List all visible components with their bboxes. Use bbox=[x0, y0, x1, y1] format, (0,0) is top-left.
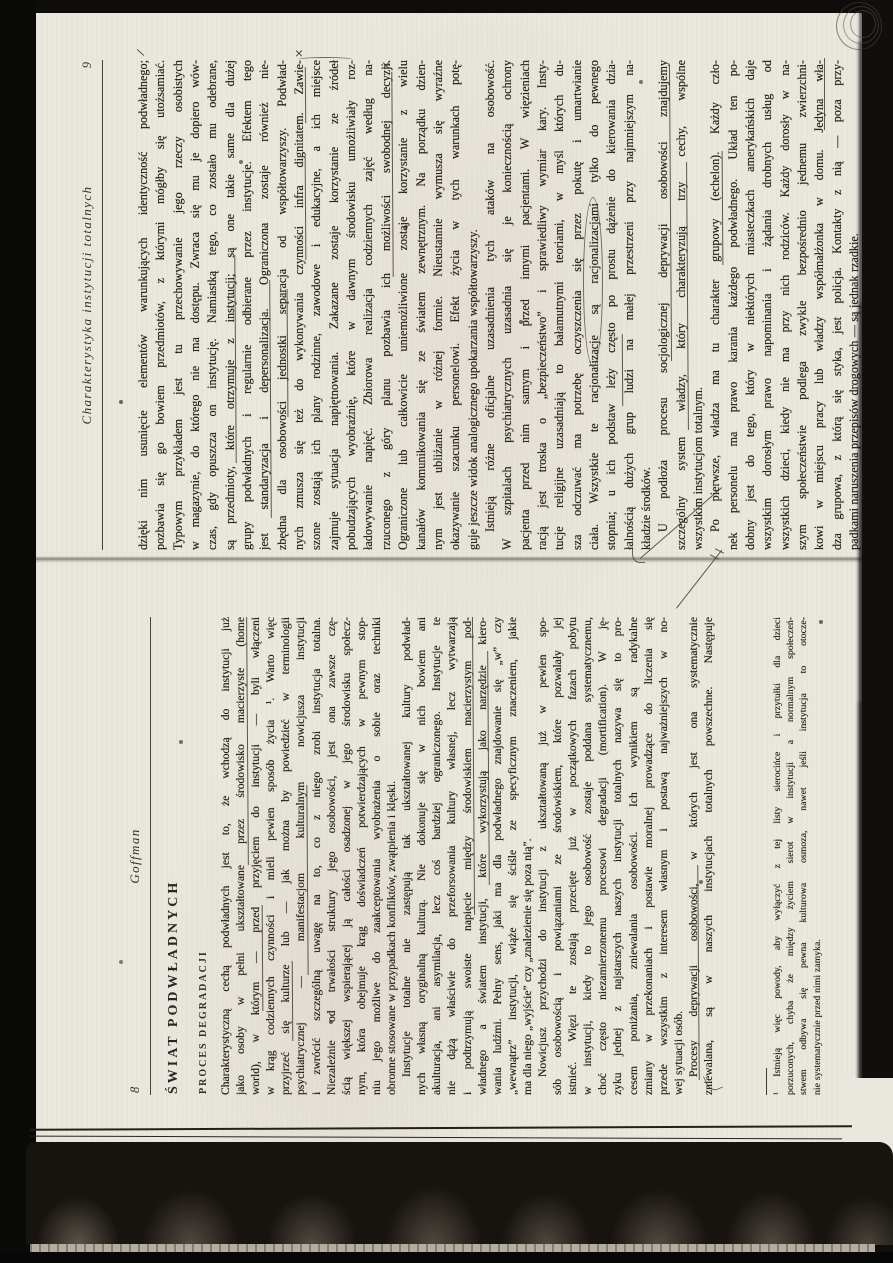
body-line: W szpitalach psychiatrycznych uzasadnia … bbox=[499, 60, 516, 550]
body-line: władnego a światem instytucji, które wyk… bbox=[475, 617, 490, 1095]
body-line: stwem odbywa się pewna kulturowa osmoza,… bbox=[797, 617, 810, 1095]
body-line: zmiany w przekonaniach i postawie moraln… bbox=[641, 617, 656, 1095]
pen-x-mark: ✕ bbox=[293, 49, 306, 58]
body-line: w magazynie, do którego nie ma dostępu. … bbox=[187, 60, 204, 550]
body-line: kładzie środków. bbox=[638, 60, 655, 550]
body-line: sób osobowością i powiązaniami ze środow… bbox=[550, 617, 565, 1095]
body-line: są przedmioty, które otrzymuje z instytu… bbox=[222, 60, 239, 550]
page-gutter-line bbox=[0, 556, 893, 563]
body-line: szym społeczeństwie podlega zwykle bezpo… bbox=[794, 60, 811, 550]
body-line: sza odczuwać ma potrzebę oczyszczenia si… bbox=[569, 60, 586, 550]
body-line: nych zmusza się też do wykonywania czynn… bbox=[291, 60, 308, 550]
body-line: stopnia; u ich podstaw leży często po pr… bbox=[603, 60, 620, 550]
body-line: nym jest ubliżanie w różnej formie. Nieu… bbox=[430, 60, 447, 550]
body-line: grupy podwładnych i regularnie odbierane… bbox=[239, 60, 256, 550]
body-line: Procesy deprywacji osobowości, w których… bbox=[686, 617, 701, 1095]
scan-edge-top bbox=[0, 0, 893, 13]
body-line: wszystkim dorosłym prawo napominania i ż… bbox=[759, 60, 776, 550]
subsection-heading: PROCES DEGRADACJI bbox=[198, 950, 209, 1094]
page-number-left: 8 bbox=[128, 1087, 143, 1093]
page-number-right: 9 bbox=[80, 62, 95, 68]
body-line: i zwrócić szczególną uwagę na to, co z n… bbox=[309, 617, 324, 1095]
body-line: ścią większej wspierającej ją całości os… bbox=[339, 617, 354, 1095]
body-line: ¹ Istnieją więc powody, aby wyłączyć z t… bbox=[771, 617, 784, 1095]
body-line: w krąg codziennych czynności i mieli pew… bbox=[263, 617, 278, 1095]
body-line: porzuconych, chyba że między życiem sier… bbox=[784, 617, 797, 1095]
body-line: pozbawia się go bowiem przedmiotów, z kt… bbox=[152, 60, 169, 550]
body-line: padkami naruszenia przepisów drogowych —… bbox=[846, 60, 863, 550]
body-line: Istnieją różne oficjalne uzasadnienia ty… bbox=[482, 60, 499, 550]
footnote-separator bbox=[766, 1068, 767, 1095]
body-line: psychiatrycznej — manifestacjom kultural… bbox=[293, 617, 308, 1095]
body-line: Instytucje totalne nie zastępują tak uks… bbox=[399, 617, 414, 1095]
scan-edge-bottom bbox=[0, 1252, 893, 1263]
body-line: czas, gdy opuszcza on instytucję. Namias… bbox=[204, 60, 221, 550]
running-head-title: Goffman bbox=[124, 617, 143, 1095]
body-line: zbędna dla osobowości jednostki separacj… bbox=[274, 60, 291, 550]
body-line: ma dla niego „wyjście” czy „znalezienie … bbox=[520, 617, 535, 1095]
body-line: „wewnątrz” instytucji, wiąże się ściśle … bbox=[505, 617, 520, 1095]
body-line: szone zostają ich plany rodzinne, zawodo… bbox=[308, 60, 325, 550]
body-line: kowi w miejscu pracy lub władzy współmał… bbox=[811, 60, 828, 550]
body-line: zyku jednej z najstarszych naszych insty… bbox=[610, 617, 625, 1095]
body-line: racją jest troska o „bezpieczeństwo” i s… bbox=[534, 60, 551, 550]
body-line: nym, która obejmuje krąg doświadczeń pot… bbox=[354, 617, 369, 1095]
footnote-text: ¹ Istnieją więc powody, aby wyłączyć z t… bbox=[771, 617, 824, 1095]
body-line: tucje religijne uzasadniają to bałamutny… bbox=[551, 60, 568, 550]
body-line: ciała. Wszystkie te racjonalizacje są ra… bbox=[586, 60, 603, 550]
body-line: nych własną oryginalną kulturą. Nie doko… bbox=[414, 617, 429, 1095]
body-line: pacjenta przed nim samym i przed innymi … bbox=[517, 60, 534, 550]
body-line: obronne stosowane w przypadkach konflikt… bbox=[384, 617, 399, 1095]
body-line: ładowywanie napięć. Zbiorowa realizacja … bbox=[360, 60, 377, 550]
body-line: cesem poniżania, zniewalania osobowości.… bbox=[626, 617, 641, 1095]
body-line: U podłoża procesu socjologicznej deprywa… bbox=[655, 60, 672, 550]
body-line: jako osoby w pełni ukształtowane przez ś… bbox=[233, 617, 248, 1095]
body-line: Nowicjusz przychodzi do instytucji z uks… bbox=[535, 617, 550, 1095]
body-line: okazywanie szacunku personelowi. Efekt ż… bbox=[447, 60, 464, 550]
body-line: i podtrzymują swoiste napięcie między śr… bbox=[460, 617, 475, 1095]
body-line: nie systematycznie przed nimi zamyka. bbox=[811, 617, 824, 1095]
body-line: zajmuje sytuacja napiętnowania. Zakazane… bbox=[326, 60, 343, 550]
running-head-title: Charakterystyka instytucji totalnych bbox=[76, 60, 95, 550]
body-line: dza grupowa, z którą się styka, jest pol… bbox=[829, 60, 846, 550]
body-line: Ograniczone lub całkowicie uniemożliwion… bbox=[395, 60, 412, 550]
book-pages-rotated: Charakterystyka instytucji totalnych 9 d… bbox=[0, 0, 893, 1263]
body-line: łalnością dużych grup ludzi na małej prz… bbox=[621, 60, 638, 550]
body-line: przede wszystkim z interesem własnym i p… bbox=[656, 617, 671, 1095]
body-line: kanałów komunikowania się ze światem zew… bbox=[413, 60, 430, 550]
body-line: guje jeszcze widok analogicznego upokarz… bbox=[465, 60, 482, 550]
body-line: wania ludźmi. Pełny sens, jaki ma dla po… bbox=[490, 617, 505, 1095]
body-line: world), w którym — przed przyjęciem do i… bbox=[248, 617, 263, 1095]
scan-edge-left bbox=[0, 0, 36, 1263]
body-line: nek personelu ma prawo karania każdego p… bbox=[725, 60, 742, 550]
body-line: dzięki nim usunięcie elementów warunkują… bbox=[135, 60, 152, 550]
section-heading: ŚWIAT PODWŁADNYCH bbox=[166, 880, 182, 1094]
body-line: w instytucji, kiedy to jego osobowość zo… bbox=[580, 617, 595, 1095]
body-line: nie dążą właściwie do przeforsowania kul… bbox=[444, 617, 459, 1095]
pen-tick-mark bbox=[137, 49, 144, 56]
body-line: choć często niezamierzonemu procesowi de… bbox=[595, 617, 610, 1095]
body-line: przyjrzeć się kulturze lub — jak można b… bbox=[278, 617, 293, 1095]
body-line: Po pierwsze, władza ma tu charakter grup… bbox=[707, 60, 724, 550]
body-line: Niezależnie od trwałości struktury jego … bbox=[324, 617, 339, 1095]
body-line: zniewalana, są w naszych instytucjach to… bbox=[701, 617, 716, 1095]
page-8-body-text: Charakterystyczną cechą podwładnych jest… bbox=[218, 617, 716, 1095]
scan-spine-shadow bbox=[26, 1142, 893, 1245]
scanned-book-spread: Charakterystyka instytucji totalnych 9 d… bbox=[0, 0, 893, 1263]
body-line: niu jego możliwe do zaakceptowania wyobr… bbox=[369, 617, 384, 1095]
body-line: rzuconego z góry planu pozbawia ich możl… bbox=[378, 60, 395, 550]
page-9-body-text: dzięki nim usunięcie elementów warunkują… bbox=[135, 60, 863, 550]
body-line: dobny jest do tego, który w niektórych m… bbox=[742, 60, 759, 550]
scan-edge-right bbox=[862, 0, 893, 1263]
body-line: szczególny system władzy, który charakte… bbox=[673, 60, 690, 550]
body-line: jest standaryzacja i depersonalizacja. O… bbox=[256, 60, 273, 550]
body-line: akulturacja, ani asymilacja, lecz coś ba… bbox=[429, 617, 444, 1095]
body-line: Typowym przykładem jest tu przechowywani… bbox=[170, 60, 187, 550]
body-line: wszystkim instytucjom totalnym. bbox=[690, 60, 707, 550]
running-head-right: Charakterystyka instytucji totalnych 9 bbox=[76, 60, 103, 550]
body-line: pobudzających wyobraźnię, które w dawnym… bbox=[343, 60, 360, 550]
body-line: Charakterystyczną cechą podwładnych jest… bbox=[218, 617, 233, 1095]
running-head-left: Goffman 8 bbox=[124, 617, 151, 1095]
body-line: istnieć. Więzi te zostają przecięte już … bbox=[565, 617, 580, 1095]
body-line: wej sytuacji osób. bbox=[671, 617, 686, 1095]
body-line: wszystkich dzieci, kiedy nie ma przy nic… bbox=[777, 60, 794, 550]
page-curl-arc bbox=[850, 10, 876, 38]
